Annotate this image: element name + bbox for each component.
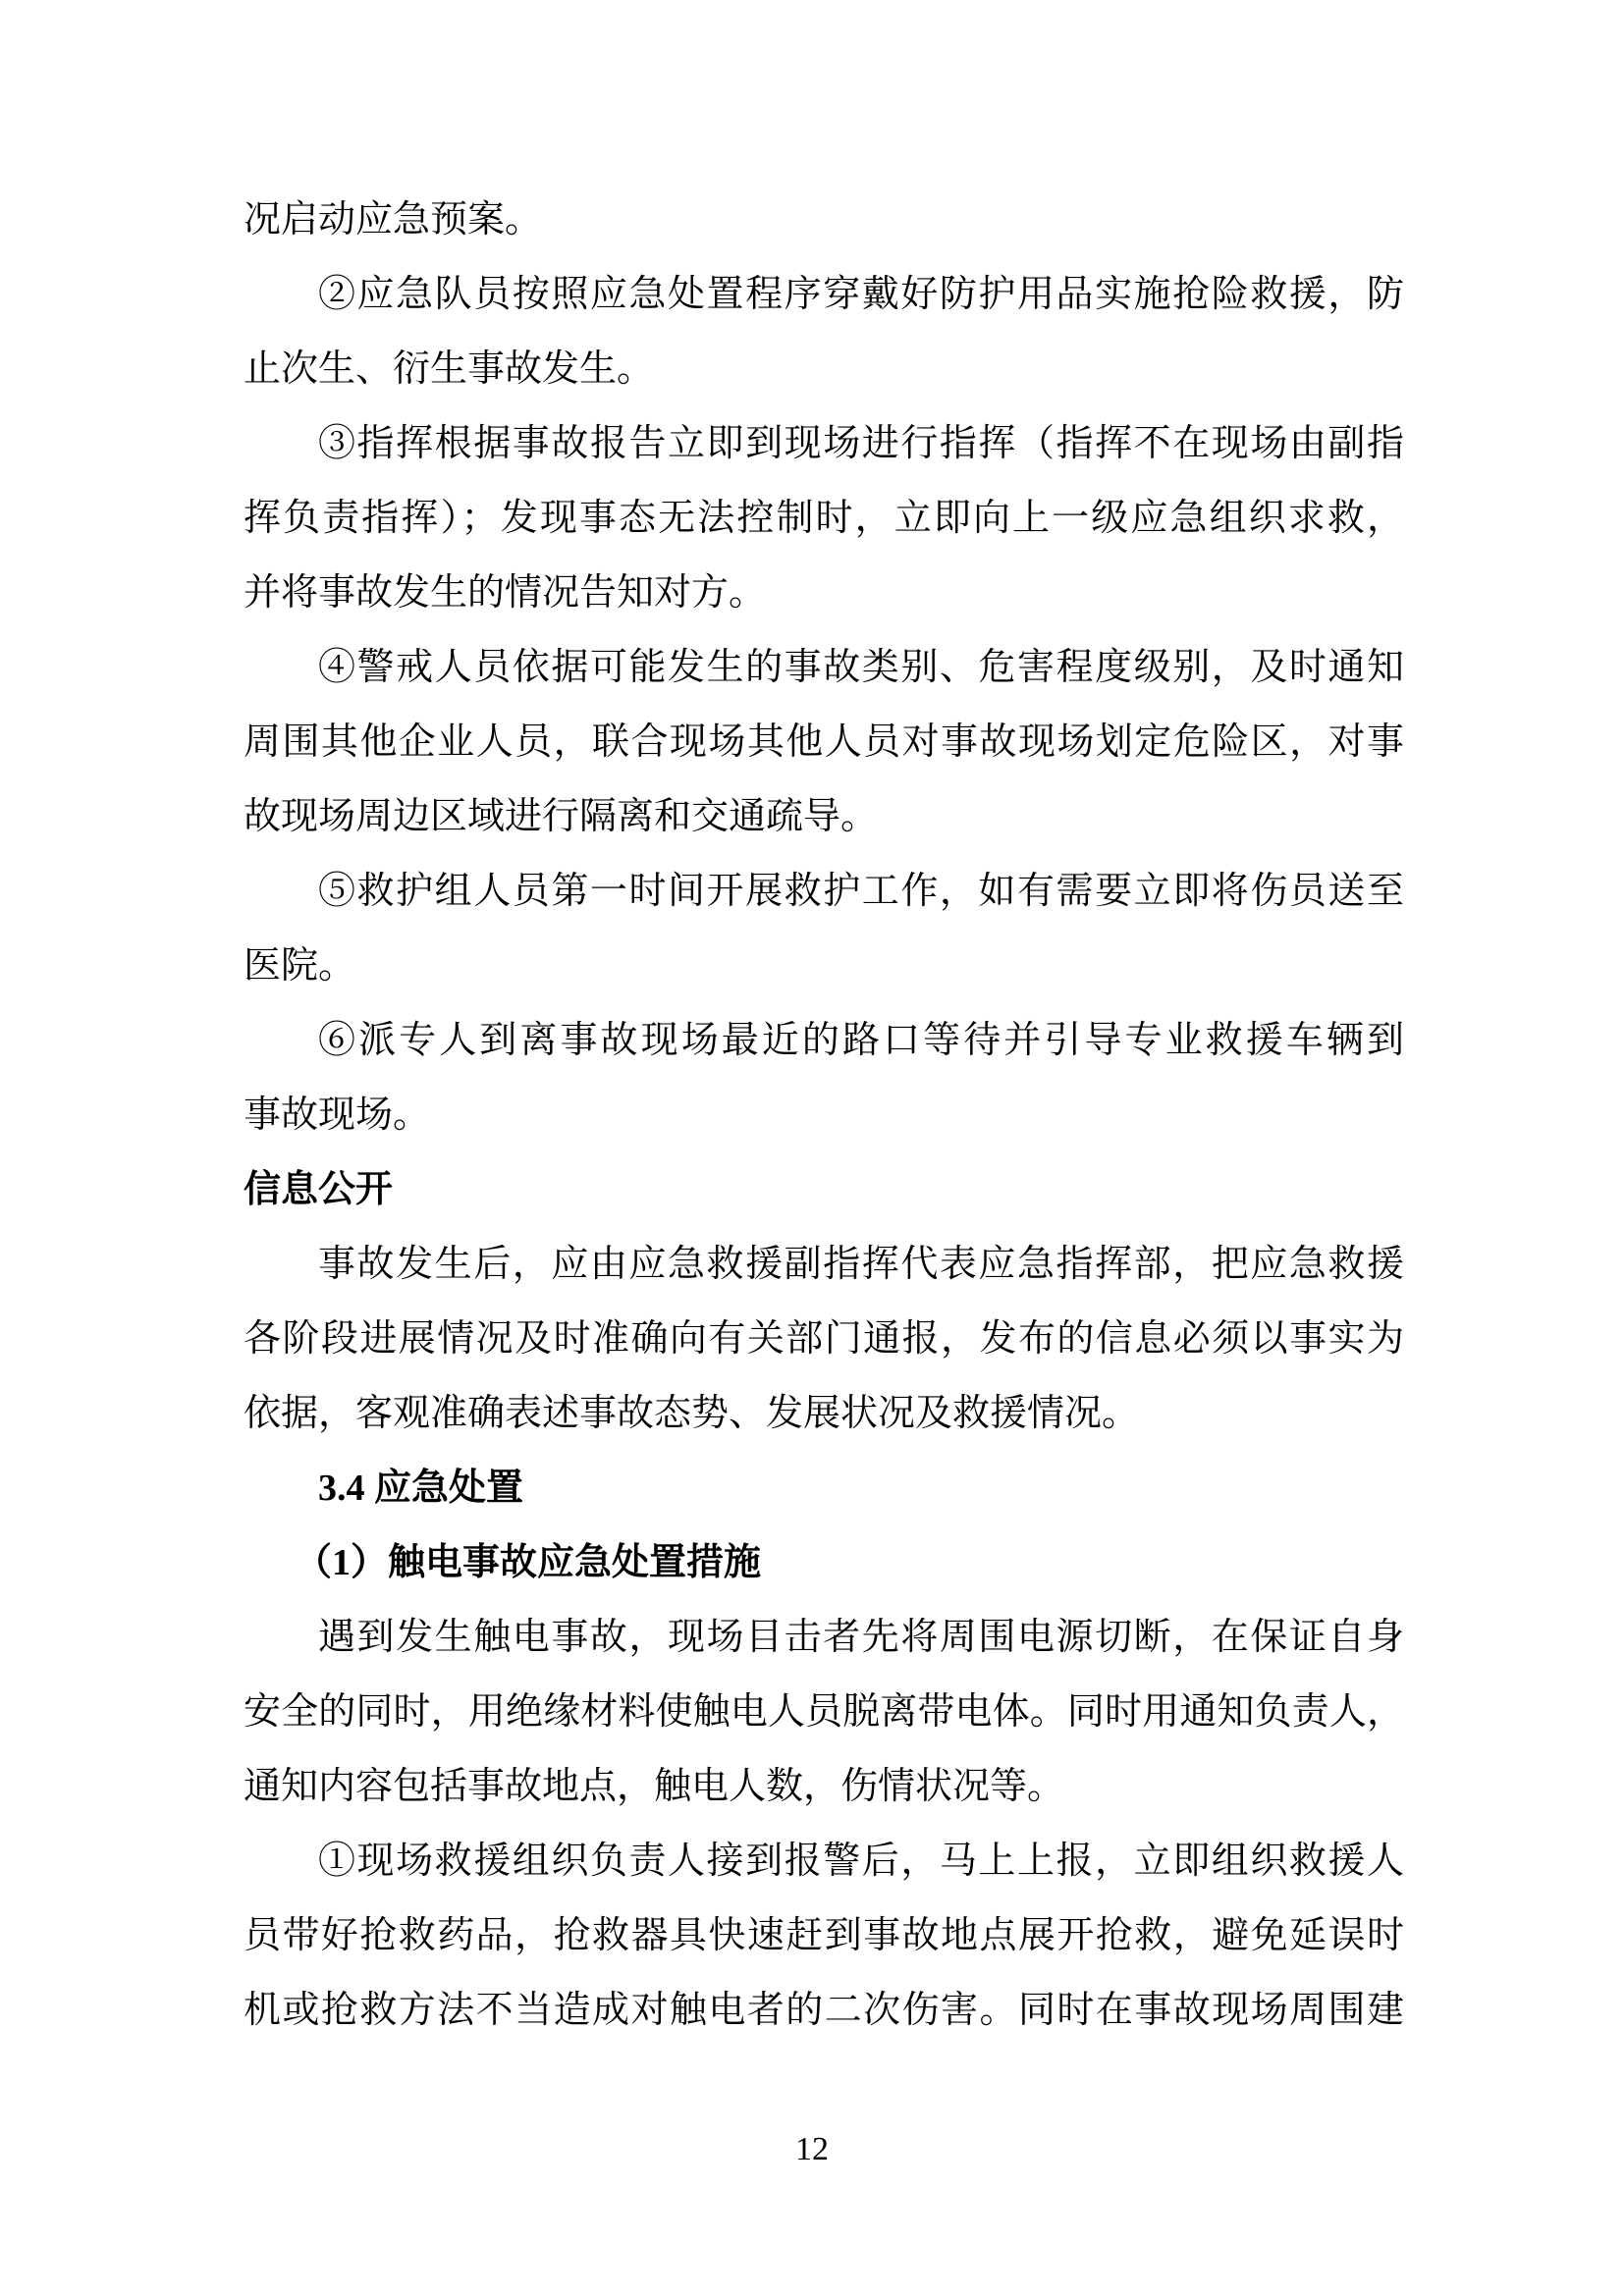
text-line: ①现场救援组织负责人接到报警后，马上上报，立即组织救援人 (244, 1824, 1404, 1898)
text-line: 并将事故发生的情况告知对方。 (244, 556, 1404, 630)
text-line: ⑥派专人到离事故现场最近的路口等待并引导专业救援车辆到 (244, 1003, 1404, 1078)
text-line: 故现场周边区域进行隔离和交通疏导。 (244, 779, 1404, 854)
page-number: 12 (0, 2128, 1624, 2171)
text-line: 安全的同时，用绝缘材料使触电人员脱离带电体。同时用通知负责人， (244, 1675, 1404, 1749)
text-line: 止次生、衍生事故发生。 (244, 332, 1404, 406)
text-line: 医院。 (244, 929, 1404, 1003)
text-line: ⑤救护组人员第一时间开展救护工作，如有需要立即将伤员送至 (244, 854, 1404, 929)
text-line: 事故现场。 (244, 1078, 1404, 1152)
document-page: 况启动应急预案。 ②应急队员按照应急处置程序穿戴好防护用品实施抢险救援，防 止次… (0, 0, 1624, 2296)
text-line: 况启动应急预案。 (244, 183, 1404, 257)
text-line: 挥负责指挥）；发现事态无法控制时，立即向上一级应急组织求救， (244, 481, 1404, 556)
subsection-heading-electric-shock-measures: （1）触电事故应急处置措施 (244, 1525, 1404, 1600)
text-line: 周围其他企业人员，联合现场其他人员对事故现场划定危险区，对事 (244, 705, 1404, 779)
section-heading-information-disclosure: 信息公开 (244, 1152, 1404, 1227)
text-line: ②应急队员按照应急处置程序穿戴好防护用品实施抢险救援，防 (244, 257, 1404, 332)
text-line: 各阶段进展情况及时准确向有关部门通报，发布的信息必须以事实为 (244, 1302, 1404, 1376)
text-line: 事故发生后，应由应急救援副指挥代表应急指挥部，把应急救援 (244, 1227, 1404, 1302)
section-heading-3-4-emergency-handling: 3.4 应急处置 (244, 1451, 1404, 1525)
text-line: 机或抢救方法不当造成对触电者的二次伤害。同时在事故现场周围建 (244, 1973, 1404, 2048)
text-line: 通知内容包括事故地点，触电人数，伤情状况等。 (244, 1749, 1404, 1824)
document-body: 况启动应急预案。 ②应急队员按照应急处置程序穿戴好防护用品实施抢险救援，防 止次… (244, 183, 1404, 2048)
text-line: 遇到发生触电事故，现场目击者先将周围电源切断，在保证自身 (244, 1600, 1404, 1675)
text-line: ③指挥根据事故报告立即到现场进行指挥（指挥不在现场由副指 (244, 406, 1404, 481)
text-line: 员带好抢救药品，抢救器具快速赶到事故地点展开抢救，避免延误时 (244, 1898, 1404, 1973)
text-line: 依据，客观准确表述事故态势、发展状况及救援情况。 (244, 1376, 1404, 1451)
text-line: ④警戒人员依据可能发生的事故类别、危害程度级别，及时通知 (244, 630, 1404, 705)
